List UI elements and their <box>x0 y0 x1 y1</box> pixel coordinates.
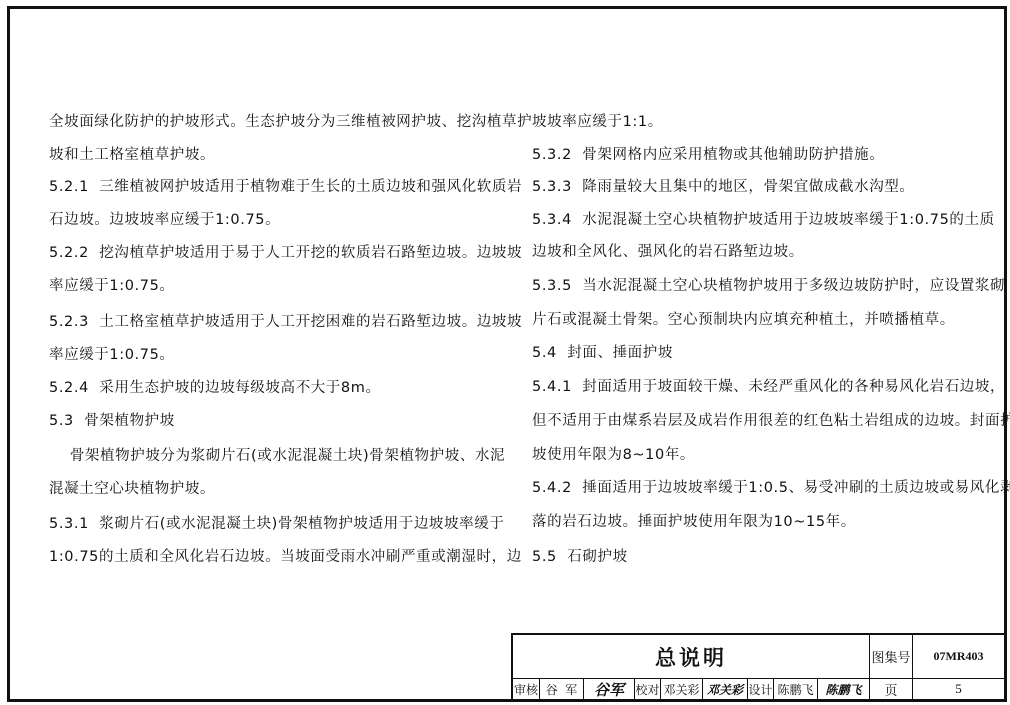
reviewer-name: 谷 军 <box>540 679 583 699</box>
text-line: 5.2.3 土工格室植草护坡适用于人工开挖困难的岩石路堑边坡。边坡坡 <box>49 312 522 332</box>
text-line: 骨架植物护坡分为浆砌片石(或水泥混凝土块)骨架植物护坡、水泥 <box>49 446 505 466</box>
text-line: 但不适用于由煤系岩层及成岩作用很差的红色粘土岩组成的边坡。封面护 <box>532 411 1010 431</box>
text-line: 率应缓于1:0.75。 <box>49 276 175 296</box>
atlas-number: 07MR403 <box>913 635 1004 678</box>
page-label: 页 <box>870 679 912 699</box>
text-line: 5.3.3 降雨量较大且集中的地区，骨架宜做成截水沟型。 <box>532 177 915 197</box>
text-line: 石边坡。边坡坡率应缓于1:0.75。 <box>49 210 280 230</box>
checker-signature: 邓关彩 <box>703 679 747 699</box>
text-line: 坡和土工格室植草护坡。 <box>49 145 215 165</box>
text-line: 5.3.4 水泥混凝土空心块植物护坡适用于边坡坡率缓于1:0.75的土质 <box>532 210 995 230</box>
text-line: 率应缓于1:0.75。 <box>49 345 175 365</box>
text-line: 5.4.2 捶面适用于边坡坡率缓于1:0.5、易受冲刷的土质边坡或易风化剥 <box>532 478 1010 498</box>
text-line: 5.4.1 封面适用于坡面较干燥、未经严重风化的各种易风化岩石边坡， <box>532 377 1005 397</box>
text-line: 边坡和全风化、强风化的岩石路堑边坡。 <box>532 242 804 262</box>
reviewer-signature: 谷军 <box>584 679 634 699</box>
atlas-number-label: 图集号 <box>870 635 912 678</box>
designer-name: 陈鹏飞 <box>774 679 817 699</box>
text-line: 5.2.1 三维植被网护坡适用于植物难于生长的土质边坡和强风化软质岩 <box>49 177 522 197</box>
title-block: 总说明 图集号 07MR403 审核 谷 军 谷军 校对 邓关彩 邓关彩 设计 … <box>511 633 1004 699</box>
text-line: 坡坡率应缓于1:1。 <box>532 112 663 132</box>
text-line: 5.5 石砌护坡 <box>532 547 628 567</box>
check-label: 校对 <box>635 679 660 699</box>
text-line: 5.4 封面、捶面护坡 <box>532 343 673 363</box>
text-line: 混凝土空心块植物护坡。 <box>49 479 215 499</box>
checker-name: 邓关彩 <box>661 679 702 699</box>
text-line: 1:0.75的土质和全风化岩石边坡。当坡面受雨水冲刷严重或潮湿时，边 <box>49 547 522 567</box>
text-line: 5.3.2 骨架网格内应采用植物或其他辅助防护措施。 <box>532 145 884 165</box>
text-line: 5.3.5 当水泥混凝土空心块植物护坡用于多级边坡防护时，应设置浆砌 <box>532 276 1005 296</box>
design-label: 设计 <box>748 679 773 699</box>
drawing-title: 总说明 <box>513 635 869 678</box>
text-line: 坡使用年限为8~10年。 <box>532 445 695 465</box>
page-number: 5 <box>913 679 1004 699</box>
text-line: 5.2.4 采用生态护坡的边坡每级坡高不大于8m。 <box>49 378 381 398</box>
text-line: 5.3 骨架植物护坡 <box>49 411 175 431</box>
review-label: 审核 <box>513 679 539 699</box>
text-line: 片石或混凝土骨架。空心预制块内应填充种植土，并喷播植草。 <box>532 310 955 330</box>
text-line: 5.3.1 浆砌片石(或水泥混凝土块)骨架植物护坡适用于边坡坡率缓于 <box>49 514 504 534</box>
text-line: 全坡面绿化防护的护坡形式。生态护坡分为三维植被网护坡、挖沟植草护 <box>49 112 532 132</box>
text-line: 5.2.2 挖沟植草护坡适用于易于人工开挖的软质岩石路堑边坡。边坡坡 <box>49 243 522 263</box>
designer-signature: 陈鹏飞 <box>818 679 869 699</box>
text-line: 落的岩石边坡。捶面护坡使用年限为10~15年。 <box>532 512 856 532</box>
